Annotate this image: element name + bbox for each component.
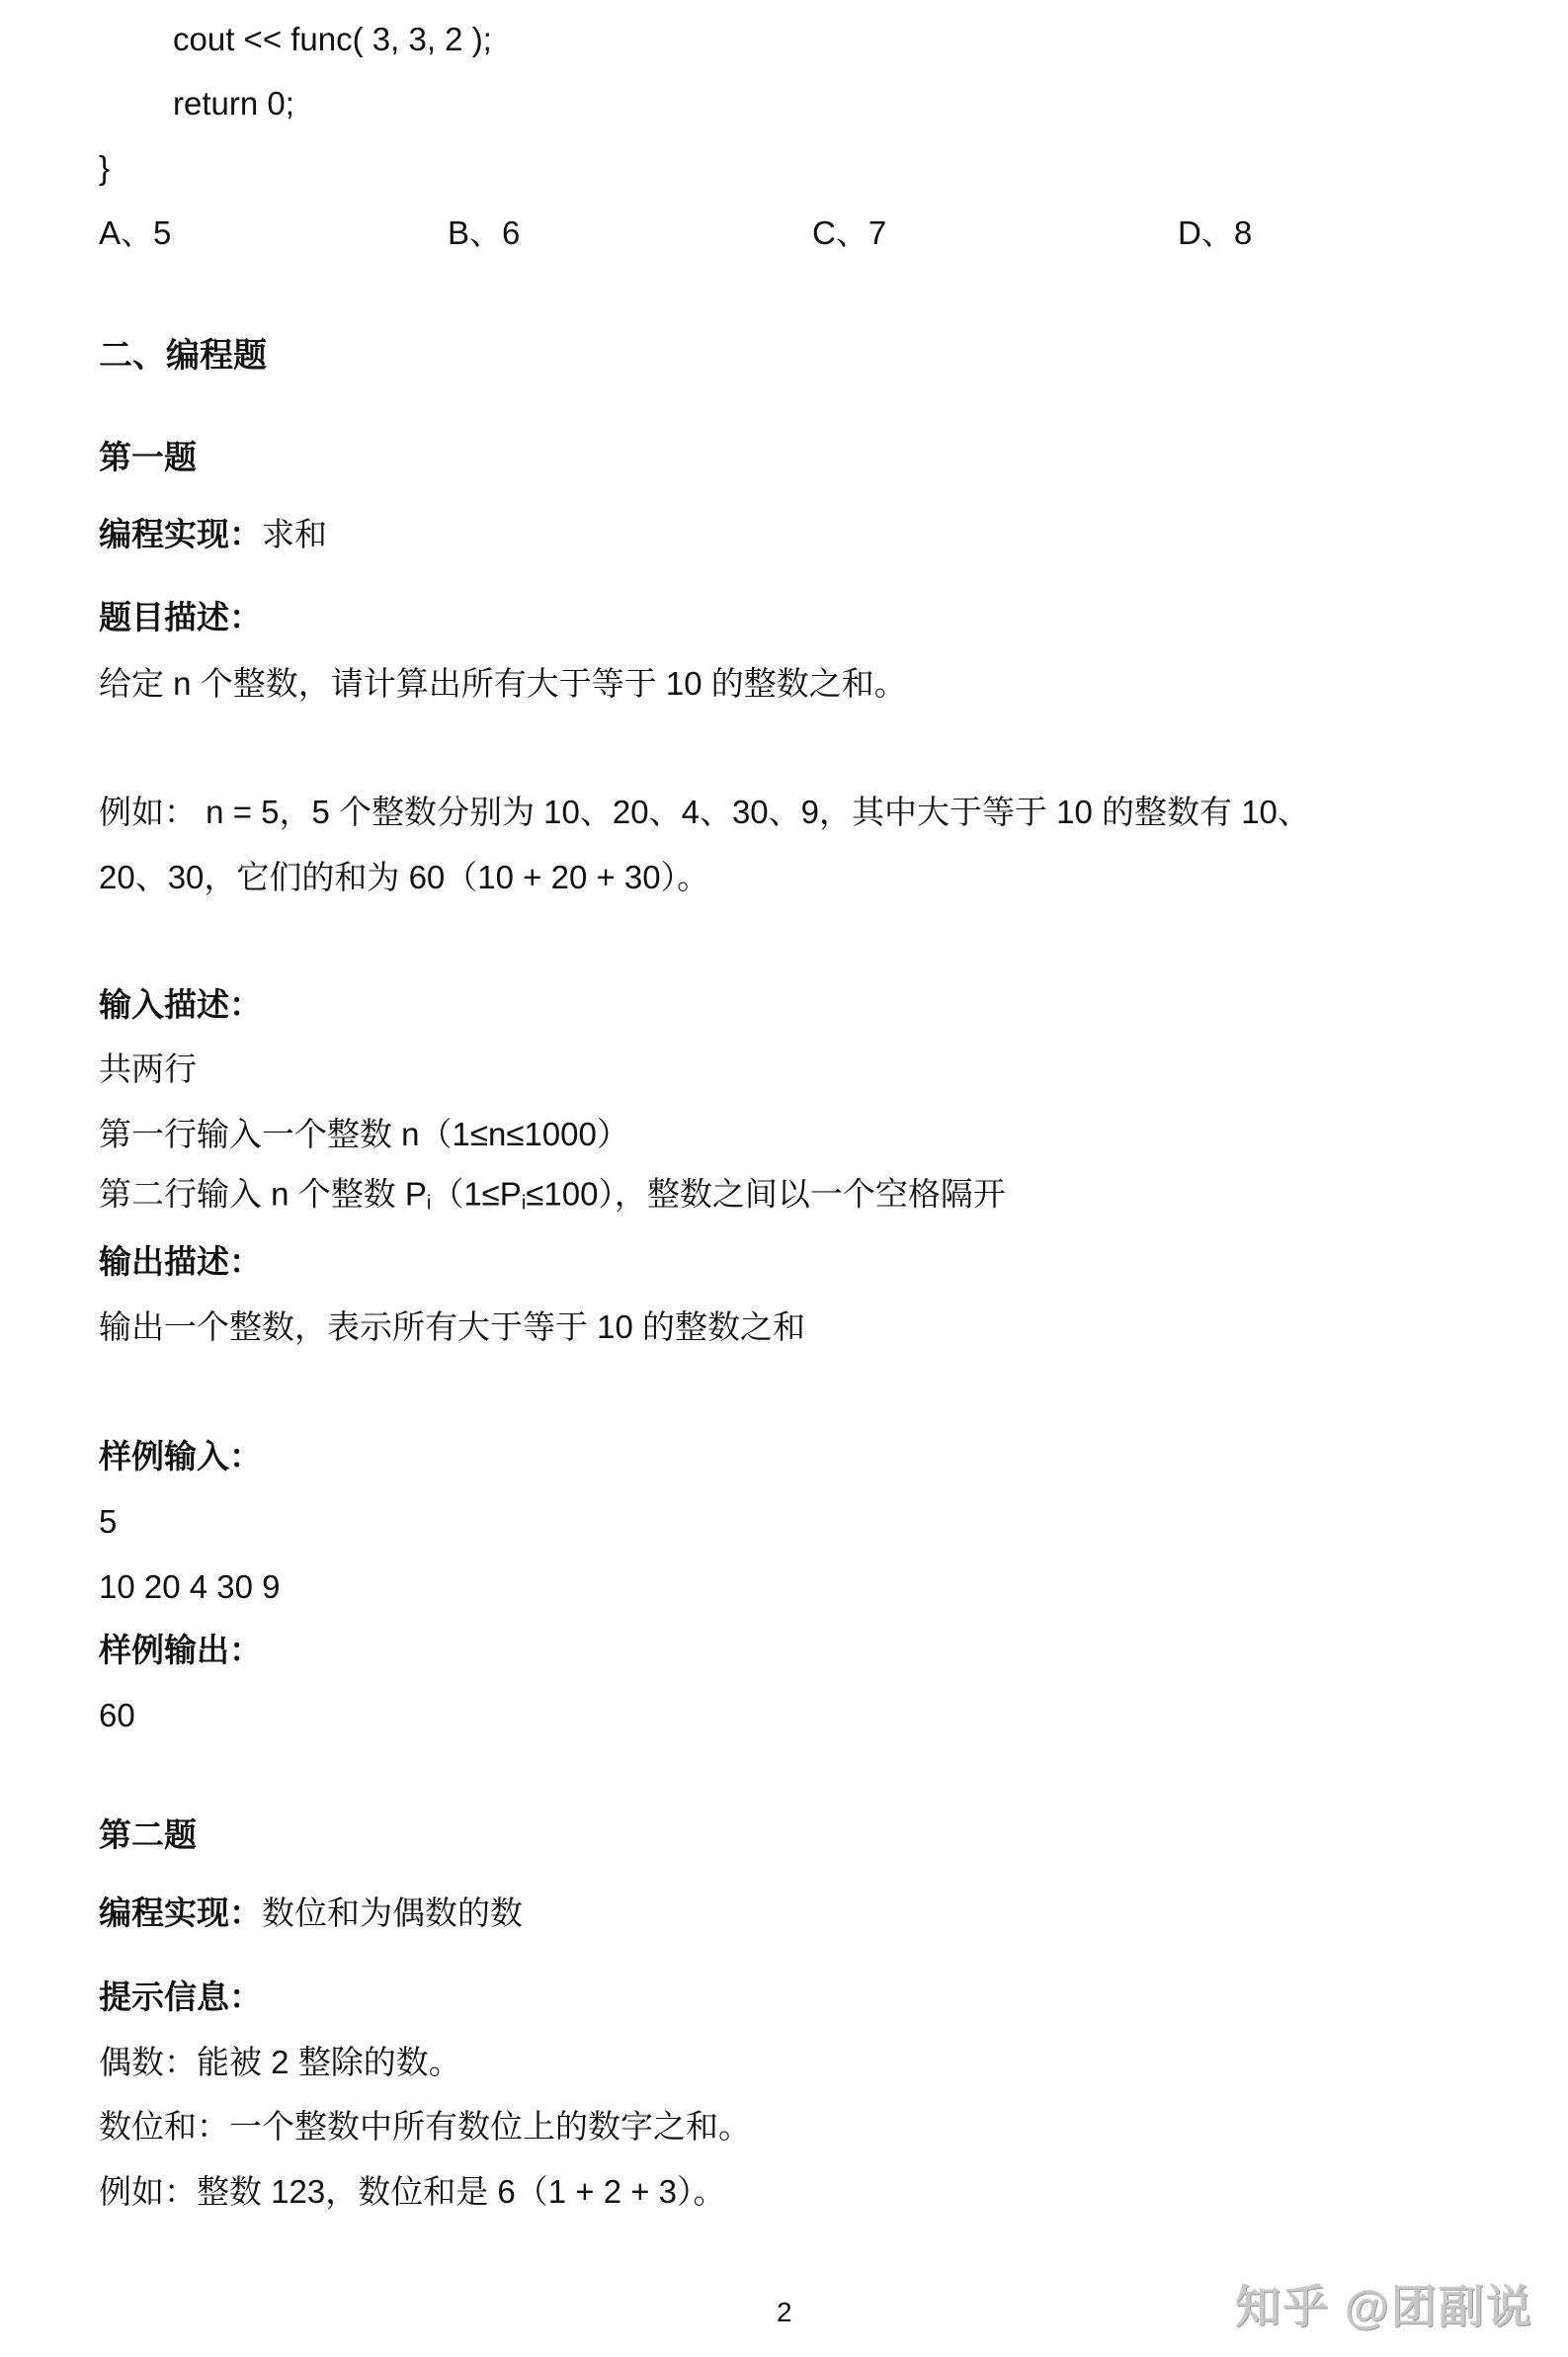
- option-b: B、6: [448, 213, 520, 253]
- q1-input-line2: 第一行输入一个整数 n（1≤n≤1000）: [99, 1115, 629, 1154]
- q1-example-line2: 20、30，它们的和为 60（10 + 20 + 30）。: [99, 858, 709, 897]
- q1-impl-value: 求和: [262, 516, 327, 552]
- q1-sample-output: 60: [99, 1696, 135, 1735]
- q2-hint-label: 提示信息：: [99, 1978, 262, 2017]
- q2-hint-line2: 数位和：一个整数中所有数位上的数字之和。: [99, 2107, 751, 2147]
- q1-sample-input-line2: 10 20 4 30 9: [99, 1567, 281, 1607]
- page-number: 2: [777, 2295, 792, 2330]
- q1-title: 第一题: [99, 438, 197, 477]
- q1-desc-text: 给定 n 个整数，请计算出所有大于等于 10 的整数之和。: [99, 664, 907, 704]
- q1-input-line1: 共两行: [99, 1050, 197, 1089]
- zhihu-watermark: 知乎 @团副说: [1235, 2279, 1533, 2334]
- q1-input-line3-a: 第二行输入 n 个整数 P: [99, 1176, 427, 1213]
- q1-input-line3-c: ≤100），整数之间以一个空格隔开: [526, 1176, 1006, 1213]
- q2-hint-line3: 例如：整数 123，数位和是 6（1 + 2 + 3）。: [99, 2172, 726, 2212]
- q1-input-label: 输入描述：: [99, 985, 262, 1025]
- option-c: C、7: [812, 213, 886, 253]
- q1-output-label: 输出描述：: [99, 1242, 262, 1282]
- q1-example-line1: 例如： n = 5，5 个整数分别为 10、20、4、30、9，其中大于等于 1…: [99, 793, 1310, 832]
- code-line-cout: cout << func( 3, 3, 2 );: [173, 20, 492, 59]
- option-a: A、5: [99, 213, 171, 253]
- code-closing-brace: }: [99, 148, 110, 188]
- q2-impl-label: 编程实现：: [99, 1894, 262, 1931]
- code-line-return: return 0;: [173, 84, 294, 124]
- q1-input-line3: 第二行输入 n 个整数 Pi（1≤Pi≤100），整数之间以一个空格隔开: [99, 1175, 1006, 1223]
- q1-output-text: 输出一个整数，表示所有大于等于 10 的整数之和: [99, 1307, 805, 1347]
- q2-impl-value: 数位和为偶数的数: [262, 1894, 523, 1931]
- section-title: 二、编程题: [99, 336, 267, 376]
- q2-impl-row: 编程实现：数位和为偶数的数: [99, 1894, 523, 1933]
- q1-input-line3-b: （1≤P: [431, 1176, 521, 1213]
- q1-impl-label: 编程实现：: [99, 516, 262, 552]
- q1-sample-output-label: 样例输出：: [99, 1631, 262, 1670]
- q1-sample-input-label: 样例输入：: [99, 1437, 262, 1476]
- q1-sample-input-line1: 5: [99, 1502, 117, 1542]
- q1-impl-row: 编程实现：求和: [99, 515, 327, 554]
- q2-hint-line1: 偶数：能被 2 整除的数。: [99, 2043, 461, 2082]
- option-d: D、8: [1178, 213, 1252, 253]
- q2-title: 第二题: [99, 1815, 197, 1855]
- q1-desc-label: 题目描述：: [99, 598, 262, 637]
